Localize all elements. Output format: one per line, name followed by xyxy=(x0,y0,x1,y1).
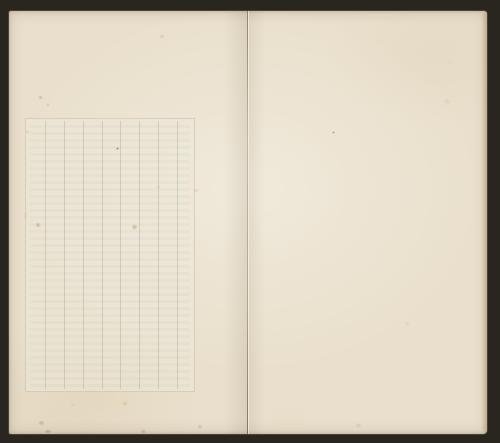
gutter-shadow-left xyxy=(224,11,248,434)
showthrough-table xyxy=(25,118,195,392)
page-fore-edge xyxy=(481,13,487,432)
showthrough-column-line xyxy=(139,121,140,389)
showthrough-column-line xyxy=(120,121,121,389)
showthrough-column-line xyxy=(158,121,159,389)
showthrough-column-line xyxy=(102,121,103,389)
page-left xyxy=(9,11,248,434)
showthrough-column-line xyxy=(45,121,46,389)
showthrough-column-line xyxy=(64,121,65,389)
showthrough-column-line xyxy=(83,121,84,389)
book-scan xyxy=(0,0,500,443)
book-spread xyxy=(9,11,487,434)
gutter-fold-highlight xyxy=(248,11,249,434)
gutter-shadow-right xyxy=(249,11,265,434)
page-right xyxy=(248,11,487,434)
showthrough-column-line xyxy=(177,121,178,389)
